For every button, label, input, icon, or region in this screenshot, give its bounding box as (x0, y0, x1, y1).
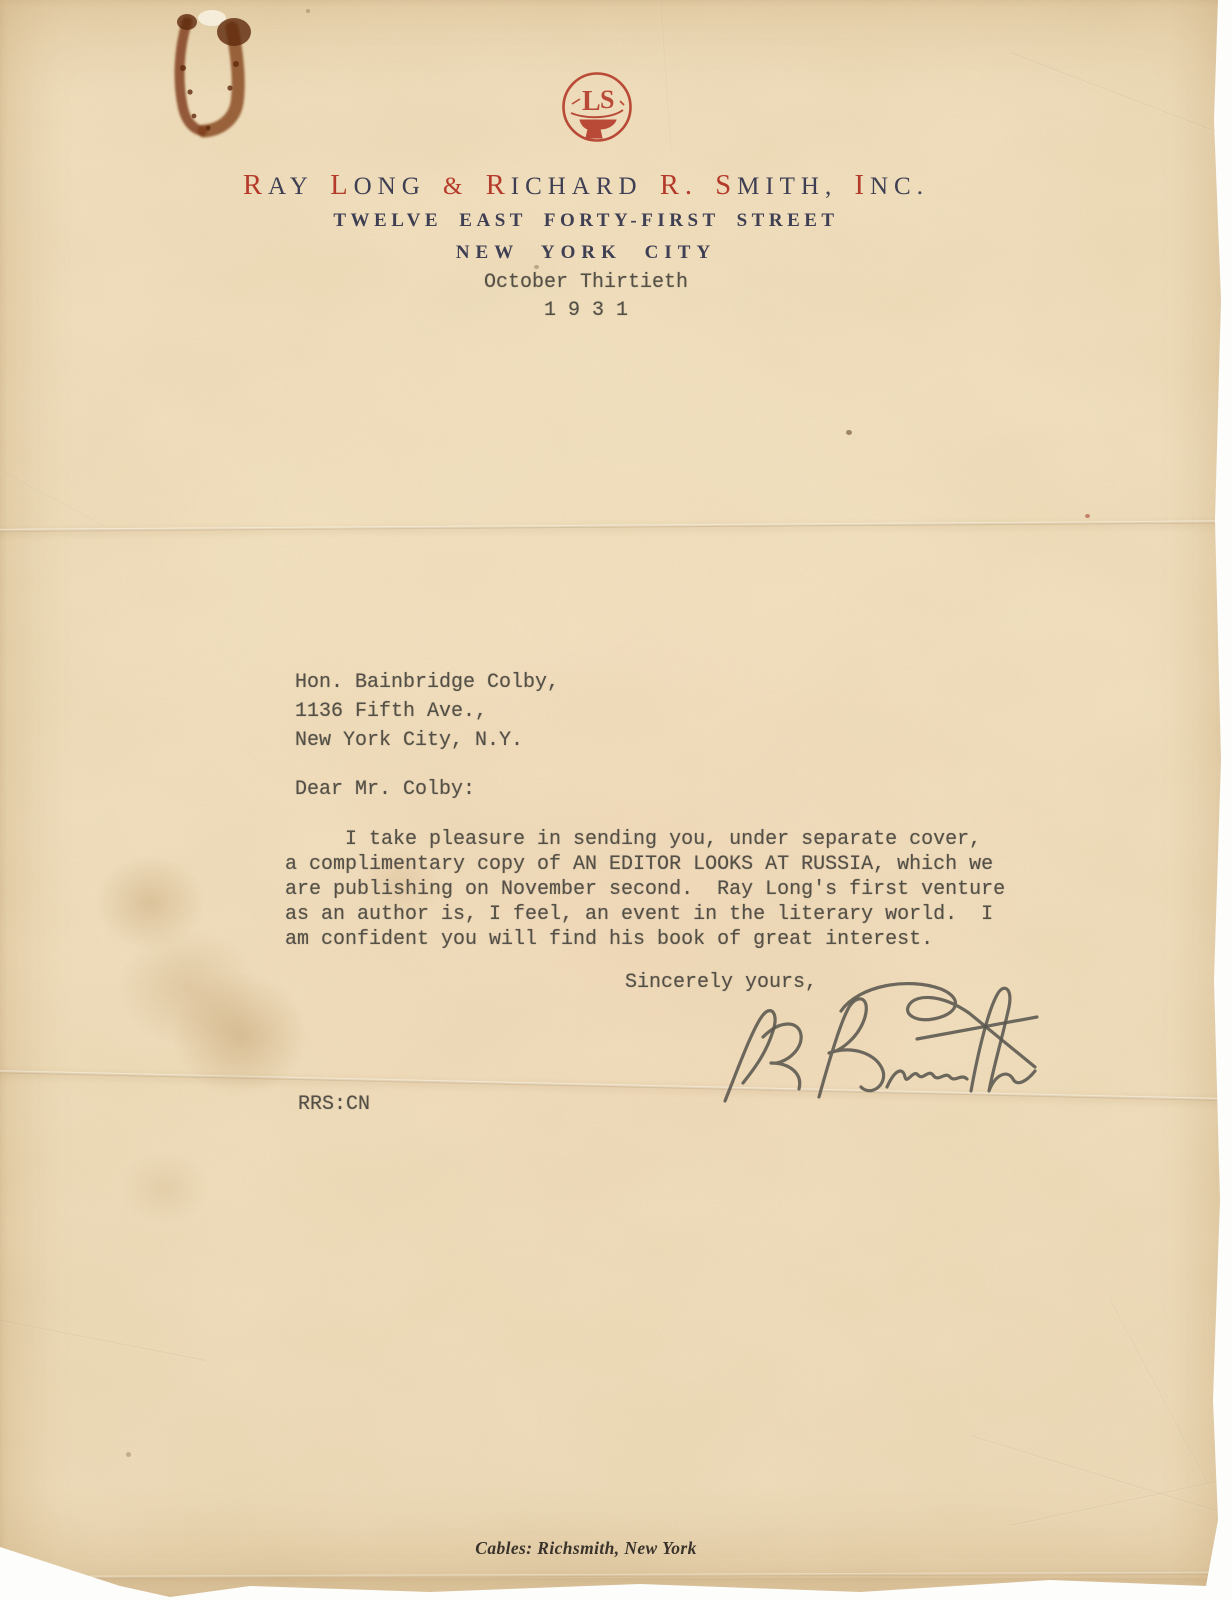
typed-year: 1 9 3 1 (0, 299, 1172, 322)
letterhead-city: NEW YORK CITY (0, 242, 1172, 264)
dust-speck-1 (846, 430, 852, 435)
dust-speck-5 (126, 1452, 131, 1457)
seal-monogram-S: S (600, 85, 614, 114)
typist-reference: RRS:CN (298, 1093, 370, 1116)
stain-blob-3 (172, 972, 307, 1097)
salutation: Dear Mr. Colby: (295, 778, 475, 801)
crease-bottom-right-1 (970, 1435, 1232, 1525)
signature-handwriting (718, 975, 1040, 1115)
dust-speck-3 (1085, 514, 1090, 518)
recipient-address-block: Hon. Bainbridge Colby,1136 Fifth Ave.,Ne… (295, 668, 559, 755)
stain-blob-5 (120, 1150, 210, 1225)
horizontal-fold-upper (0, 520, 1232, 532)
seal-monogram-L: L (582, 86, 601, 117)
horizontal-fold-lower (0, 1070, 1232, 1101)
crease-top-center (659, 1, 671, 151)
cables-footer: Cables: Richsmith, New York (0, 1538, 1172, 1559)
letterhead-street-address: TWELVE EAST FORTY-FIRST STREET (0, 210, 1172, 232)
crease-left-mid (0, 470, 106, 528)
rust-paperclip-stain (150, 8, 270, 158)
bottom-edge-shading (0, 1578, 1232, 1598)
letter-body-paragraph: I take pleasure in sending you, under se… (285, 827, 1005, 952)
publisher-seal-logo: L S (559, 68, 635, 146)
dust-speck-2 (534, 265, 539, 269)
letterhead-company-name: RAY LONG & RICHARD R. SMITH, INC. (0, 170, 1172, 202)
scanned-letter-canvas: L S RAY LONG & RICHARD R. SMITH, INC. TW… (0, 0, 1232, 1600)
dust-speck-4 (306, 9, 310, 13)
crease-top-right (1010, 52, 1232, 143)
seal-anvil-icon (580, 120, 616, 138)
paper-grain-texture (0, 0, 1232, 1600)
letter-paper: L S RAY LONG & RICHARD R. SMITH, INC. TW… (0, 0, 1232, 1600)
crease-bottom-left (0, 1320, 206, 1362)
crease-right-edge (1109, 1301, 1209, 1487)
typed-date: October Thirtieth (0, 271, 1172, 294)
